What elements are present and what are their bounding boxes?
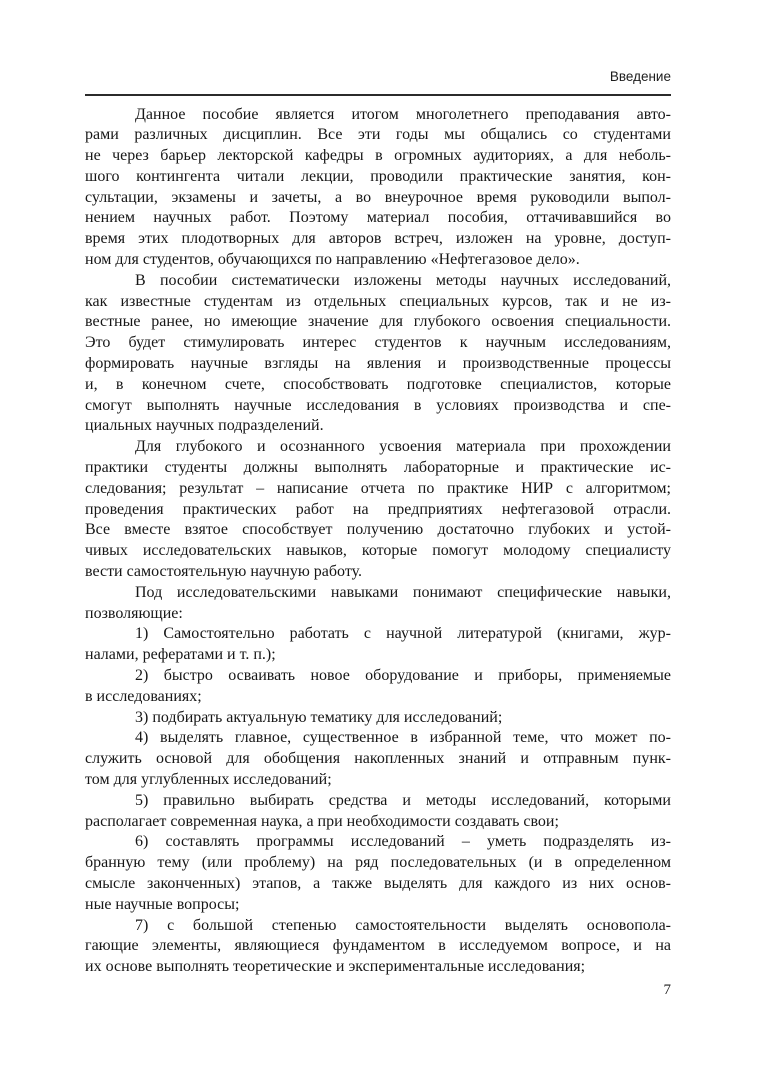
text-line: смогут выполнять научные исследования в … bbox=[85, 396, 671, 417]
text-line: служить основой для обобщения накопленны… bbox=[85, 749, 671, 770]
text-line: смысле законченных) этапов, а также выде… bbox=[85, 874, 671, 895]
text-line: ном для студентов, обучающихся по направ… bbox=[85, 250, 671, 271]
text-line: 2) быстро осваивать новое оборудование и… bbox=[85, 666, 671, 687]
text-line: циальных научных подразделений. bbox=[85, 416, 671, 437]
text-line: нением научных работ. Поэтому материал п… bbox=[85, 208, 671, 229]
text-line: в исследованиях; bbox=[85, 687, 671, 708]
text-line: проведения практических работ на предпри… bbox=[85, 500, 671, 521]
text-line: следования; результат – написание отчета… bbox=[85, 479, 671, 500]
text-line: бранную тему (или проблему) на ряд после… bbox=[85, 853, 671, 874]
text-line: практики студенты должны выполнять лабор… bbox=[85, 458, 671, 479]
paragraph: 7) с большой степенью самостоятельности … bbox=[85, 916, 671, 978]
text-line: и, в конечном счете, способствовать подг… bbox=[85, 375, 671, 396]
text-line: время этих плодотворных для авторов встр… bbox=[85, 229, 671, 250]
paragraph: Данное пособие является итогом многолетн… bbox=[85, 105, 671, 271]
paragraph: Под исследовательскими навыками понимают… bbox=[85, 583, 671, 625]
text-line: их основе выполнять теоретические и эксп… bbox=[85, 957, 671, 978]
paragraph: 3) подбирать актуальную тематику для исс… bbox=[85, 708, 671, 729]
text-line: 6) составлять программы исследований – у… bbox=[85, 832, 671, 853]
text-line: чивых исследовательских навыков, которые… bbox=[85, 541, 671, 562]
text-line: Для глубокого и осознанного усвоения мат… bbox=[85, 437, 671, 458]
body-text: Данное пособие является итогом многолетн… bbox=[85, 105, 671, 978]
paragraph: 1) Самостоятельно работать с научной лит… bbox=[85, 624, 671, 666]
running-header-title: Введение bbox=[85, 70, 671, 84]
text-line: вести самостоятельную научную работу. bbox=[85, 562, 671, 583]
paragraph: Для глубокого и осознанного усвоения мат… bbox=[85, 437, 671, 583]
text-line: том для углубленных исследований; bbox=[85, 770, 671, 791]
text-line: 1) Самостоятельно работать с научной лит… bbox=[85, 624, 671, 645]
text-line: В пособии систематически изложены методы… bbox=[85, 271, 671, 292]
text-line: Данное пособие является итогом многолетн… bbox=[85, 105, 671, 126]
paragraph: 6) составлять программы исследований – у… bbox=[85, 832, 671, 915]
paragraph: 2) быстро осваивать новое оборудование и… bbox=[85, 666, 671, 708]
text-line: сультации, экзамены и зачеты, а во внеур… bbox=[85, 188, 671, 209]
text-line: позволяющие: bbox=[85, 604, 671, 625]
text-line: Все вместе взятое способствует получению… bbox=[85, 520, 671, 541]
text-line: рами различных дисциплин. Все эти годы м… bbox=[85, 125, 671, 146]
text-line: формировать научные взгляды на явления и… bbox=[85, 354, 671, 375]
text-line: 4) выделять главное, существенное в избр… bbox=[85, 728, 671, 749]
text-line: ные научные вопросы; bbox=[85, 895, 671, 916]
text-line: 5) правильно выбирать средства и методы … bbox=[85, 791, 671, 812]
text-line: не через барьер лекторской кафедры в огр… bbox=[85, 146, 671, 167]
paragraph: В пособии систематически изложены методы… bbox=[85, 271, 671, 437]
book-page: Введение Данное пособие является итогом … bbox=[0, 0, 763, 1080]
text-line: вестные ранее, но имеющие значение для г… bbox=[85, 312, 671, 333]
text-line: гающие элементы, являющиеся фундаментом … bbox=[85, 936, 671, 957]
text-line: 3) подбирать актуальную тематику для исс… bbox=[85, 708, 671, 729]
paragraph: 5) правильно выбирать средства и методы … bbox=[85, 791, 671, 833]
text-line: шого контингента читали лекции, проводил… bbox=[85, 167, 671, 188]
header-rule bbox=[85, 94, 671, 96]
text-line: 7) с большой степенью самостоятельности … bbox=[85, 916, 671, 937]
text-line: Под исследовательскими навыками понимают… bbox=[85, 583, 671, 604]
page-number: 7 bbox=[85, 982, 671, 999]
text-line: располагает современная наука, а при нео… bbox=[85, 812, 671, 833]
text-line: налами, рефератами и т. п.); bbox=[85, 645, 671, 666]
text-line: как известные студентам из отдельных спе… bbox=[85, 292, 671, 313]
paragraph: 4) выделять главное, существенное в избр… bbox=[85, 728, 671, 790]
text-line: Это будет стимулировать интерес студенто… bbox=[85, 333, 671, 354]
